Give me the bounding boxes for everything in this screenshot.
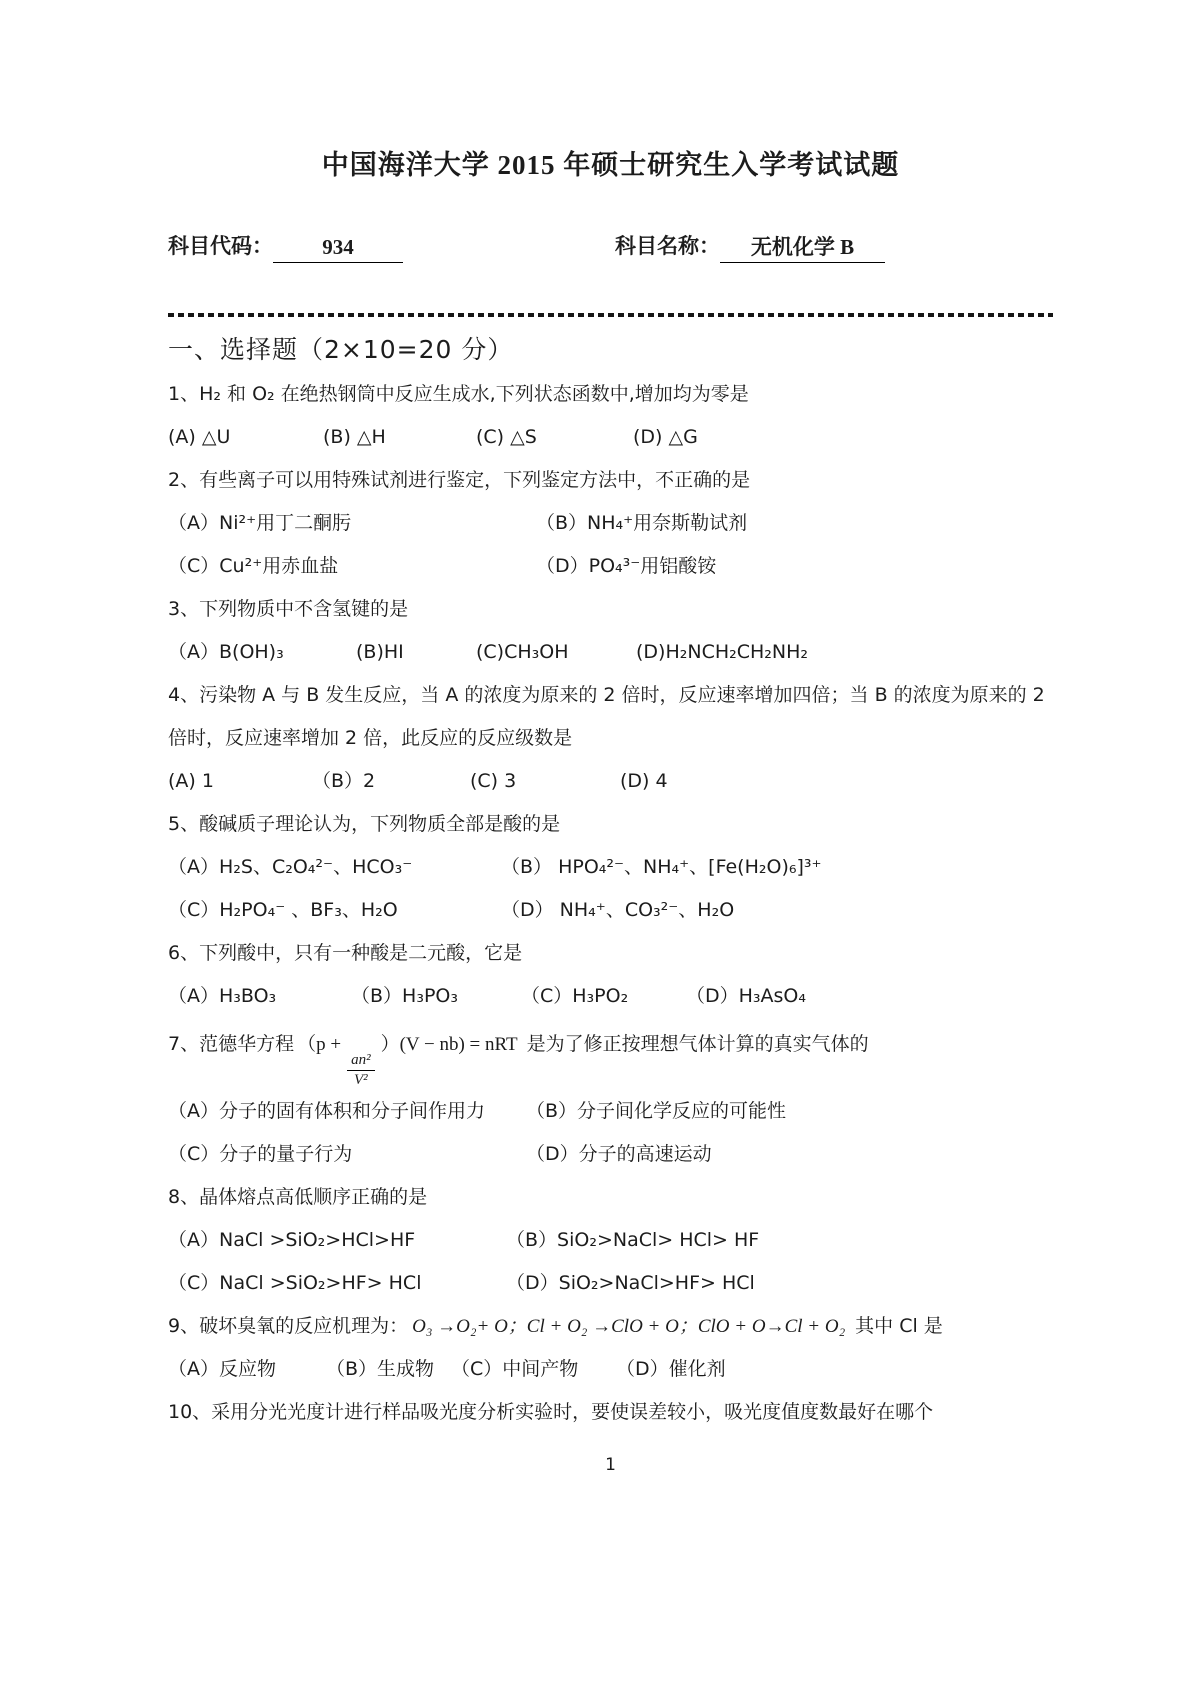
fraction-numerator: an² bbox=[347, 1052, 375, 1071]
question-8-option-d: （D）SiO₂>NaCl>HF> HCl bbox=[506, 1262, 1053, 1305]
question-4-option-d: (D) 4 bbox=[620, 760, 1053, 803]
question-7-option-c: （C）分子的量子行为 bbox=[168, 1133, 526, 1176]
question-2-option-d: （D）PO₄³⁻用铝酸铵 bbox=[536, 545, 1053, 588]
question-4-options: (A) 1 （B）2 (C) 3 (D) 4 bbox=[168, 760, 1053, 803]
question-4: 4、污染物 A 与 B 发生反应，当 A 的浓度为原来的 2 倍时，反应速率增加… bbox=[168, 674, 1053, 803]
question-9-option-a: （A）反应物 bbox=[168, 1348, 326, 1391]
question-1-option-c: (C) △S bbox=[476, 416, 633, 459]
ozone-reaction-formula: O₃ →O₂+ O；Cl + O₂ →ClO + O；ClO + O→Cl + … bbox=[412, 1316, 845, 1337]
question-8-options-row2: （C）NaCl >SiO₂>HF> HCl （D）SiO₂>NaCl>HF> H… bbox=[168, 1262, 1053, 1305]
question-3-options: （A）B(OH)₃ (B)HI (C)CH₃OH (D)H₂NCH₂CH₂NH₂ bbox=[168, 631, 1053, 674]
question-7: 7、范德华方程（p +an²V²）(V − nb) = nRT是为了修正按理想气… bbox=[168, 1018, 1053, 1176]
dashed-divider bbox=[168, 313, 1053, 317]
question-5-option-c: （C）H₂PO₄⁻ 、BF₃、H₂O bbox=[168, 889, 501, 932]
question-7-options-row2: （C）分子的量子行为 （D）分子的高速运动 bbox=[168, 1133, 1053, 1176]
question-2-options-row1: （A）Ni²⁺用丁二酮肟 （B）NH₄⁺用奈斯勒试剂 bbox=[168, 502, 1053, 545]
question-9-option-c: （C）中间产物 bbox=[451, 1348, 616, 1391]
question-7-stem-suffix: 是为了修正按理想气体计算的真实气体的 bbox=[527, 1033, 869, 1055]
question-1-option-b: (B) △H bbox=[323, 416, 476, 459]
question-9: 9、破坏臭氧的反应机理为：O₃ →O₂+ O；Cl + O₂ →ClO + O；… bbox=[168, 1305, 1053, 1391]
question-9-stem: 9、破坏臭氧的反应机理为：O₃ →O₂+ O；Cl + O₂ →ClO + O；… bbox=[168, 1305, 1053, 1348]
question-7-stem: 7、范德华方程（p +an²V²）(V − nb) = nRT是为了修正按理想气… bbox=[168, 1018, 1053, 1090]
question-6-option-a: （A）H₃BO₃ bbox=[168, 975, 351, 1018]
question-4-option-b: （B）2 bbox=[312, 760, 470, 803]
question-1: 1、H₂ 和 O₂ 在绝热钢筒中反应生成水,下列状态函数中,增加均为零是 (A)… bbox=[168, 373, 1053, 459]
question-7-option-b: （B）分子间化学反应的可能性 bbox=[526, 1090, 1053, 1133]
fraction-denominator: V² bbox=[354, 1071, 368, 1089]
question-7-options-row1: （A）分子的固有体积和分子间作用力 （B）分子间化学反应的可能性 bbox=[168, 1090, 1053, 1133]
subject-code-group: 科目代码： 934 bbox=[168, 229, 403, 263]
exam-paper-page: 中国海洋大学 2015 年硕士研究生入学考试试题 科目代码： 934 科目名称：… bbox=[0, 0, 1190, 1683]
question-9-options: （A）反应物 （B）生成物 （C）中间产物 （D）催化剂 bbox=[168, 1348, 1053, 1391]
subject-name-value: 无机化学 B bbox=[720, 232, 885, 263]
subject-code-label: 科目代码： bbox=[168, 229, 273, 263]
question-5: 5、酸碱质子理论认为，下列物质全部是酸的是 （A）H₂S、C₂O₄²⁻、HCO₃… bbox=[168, 803, 1053, 932]
fraction: an²V² bbox=[347, 1052, 375, 1090]
question-8-options-row1: （A）NaCl >SiO₂>HCl>HF （B）SiO₂>NaCl> HCl> … bbox=[168, 1219, 1053, 1262]
question-6: 6、下列酸中，只有一种酸是二元酸，它是 （A）H₃BO₃ （B）H₃PO₃ （C… bbox=[168, 932, 1053, 1018]
question-7-option-a: （A）分子的固有体积和分子间作用力 bbox=[168, 1090, 526, 1133]
question-7-option-d: （D）分子的高速运动 bbox=[526, 1133, 1053, 1176]
question-6-options: （A）H₃BO₃ （B）H₃PO₃ （C）H₃PO₂ （D）H₃AsO₄ bbox=[168, 975, 1053, 1018]
question-3: 3、下列物质中不含氢键的是 （A）B(OH)₃ (B)HI (C)CH₃OH (… bbox=[168, 588, 1053, 674]
question-1-options: (A) △U (B) △H (C) △S (D) △G bbox=[168, 416, 1053, 459]
subject-name-group: 科目名称： 无机化学 B bbox=[615, 229, 885, 263]
question-4-option-a: (A) 1 bbox=[168, 760, 312, 803]
question-5-option-b: （B） HPO₄²⁻、NH₄⁺、[Fe(H₂O)₆]³⁺ bbox=[501, 846, 1053, 889]
question-1-stem: 1、H₂ 和 O₂ 在绝热钢筒中反应生成水,下列状态函数中,增加均为零是 bbox=[168, 373, 1053, 416]
question-6-option-b: （B）H₃PO₃ bbox=[351, 975, 521, 1018]
question-2-option-b: （B）NH₄⁺用奈斯勒试剂 bbox=[536, 502, 1053, 545]
question-9-stem-suffix: 其中 Cl 是 bbox=[855, 1315, 943, 1337]
question-3-stem: 3、下列物质中不含氢键的是 bbox=[168, 588, 1053, 631]
question-5-options-row2: （C）H₂PO₄⁻ 、BF₃、H₂O （D） NH₄⁺、CO₃²⁻、H₂O bbox=[168, 889, 1053, 932]
question-2-option-c: （C）Cu²⁺用赤血盐 bbox=[168, 545, 536, 588]
question-2-option-a: （A）Ni²⁺用丁二酮肟 bbox=[168, 502, 536, 545]
question-1-option-a: (A) △U bbox=[168, 416, 323, 459]
question-10: 10、采用分光光度计进行样品吸光度分析实验时，要使误差较小，吸光度值度数最好在哪… bbox=[168, 1391, 1053, 1434]
question-2-options-row2: （C）Cu²⁺用赤血盐 （D）PO₄³⁻用铝酸铵 bbox=[168, 545, 1053, 588]
question-8-stem: 8、晶体熔点高低顺序正确的是 bbox=[168, 1176, 1053, 1219]
question-5-stem: 5、酸碱质子理论认为，下列物质全部是酸的是 bbox=[168, 803, 1053, 846]
question-1-option-d: (D) △G bbox=[633, 416, 1053, 459]
subject-code-value: 934 bbox=[273, 232, 403, 263]
question-4-stem: 4、污染物 A 与 B 发生反应，当 A 的浓度为原来的 2 倍时，反应速率增加… bbox=[168, 674, 1053, 760]
question-9-stem-prefix: 9、破坏臭氧的反应机理为： bbox=[168, 1315, 408, 1337]
question-3-option-a: （A）B(OH)₃ bbox=[168, 631, 356, 674]
question-4-option-c: (C) 3 bbox=[470, 760, 620, 803]
question-6-option-c: （C）H₃PO₂ bbox=[521, 975, 686, 1018]
question-3-option-d: (D)H₂NCH₂CH₂NH₂ bbox=[636, 631, 1053, 674]
question-8-option-a: （A）NaCl >SiO₂>HCl>HF bbox=[168, 1219, 506, 1262]
question-6-option-d: （D）H₃AsO₄ bbox=[686, 975, 1053, 1018]
question-9-option-d: （D）催化剂 bbox=[616, 1348, 1053, 1391]
question-2: 2、有些离子可以用特殊试剂进行鉴定，下列鉴定方法中，不正确的是 （A）Ni²⁺用… bbox=[168, 459, 1053, 588]
question-5-option-d: （D） NH₄⁺、CO₃²⁻、H₂O bbox=[501, 889, 1053, 932]
question-10-stem: 10、采用分光光度计进行样品吸光度分析实验时，要使误差较小，吸光度值度数最好在哪… bbox=[168, 1391, 1053, 1434]
question-7-stem-prefix: 7、范德华方程 bbox=[168, 1033, 294, 1055]
question-9-option-b: （B）生成物 bbox=[326, 1348, 451, 1391]
page-number: 1 bbox=[168, 1450, 1053, 1480]
question-5-options-row1: （A）H₂S、C₂O₄²⁻、HCO₃⁻ （B） HPO₄²⁻、NH₄⁺、[Fe(… bbox=[168, 846, 1053, 889]
question-3-option-b: (B)HI bbox=[356, 631, 476, 674]
subject-row: 科目代码： 934 科目名称： 无机化学 B bbox=[168, 229, 1053, 263]
page-title: 中国海洋大学 2015 年硕士研究生入学考试试题 bbox=[168, 145, 1053, 185]
question-2-stem: 2、有些离子可以用特殊试剂进行鉴定，下列鉴定方法中，不正确的是 bbox=[168, 459, 1053, 502]
question-8-option-c: （C）NaCl >SiO₂>HF> HCl bbox=[168, 1262, 506, 1305]
section-title: 一、选择题（2×10=20 分） bbox=[168, 327, 1053, 373]
equation-close: ）(V − nb) = nRT bbox=[381, 1034, 518, 1055]
question-8-option-b: （B）SiO₂>NaCl> HCl> HF bbox=[506, 1219, 1053, 1262]
subject-name-label: 科目名称： bbox=[615, 229, 720, 263]
question-5-option-a: （A）H₂S、C₂O₄²⁻、HCO₃⁻ bbox=[168, 846, 501, 889]
question-8: 8、晶体熔点高低顺序正确的是 （A）NaCl >SiO₂>HCl>HF （B）S… bbox=[168, 1176, 1053, 1305]
equation-open: （p + bbox=[297, 1034, 341, 1055]
question-6-stem: 6、下列酸中，只有一种酸是二元酸，它是 bbox=[168, 932, 1053, 975]
question-3-option-c: (C)CH₃OH bbox=[476, 631, 636, 674]
